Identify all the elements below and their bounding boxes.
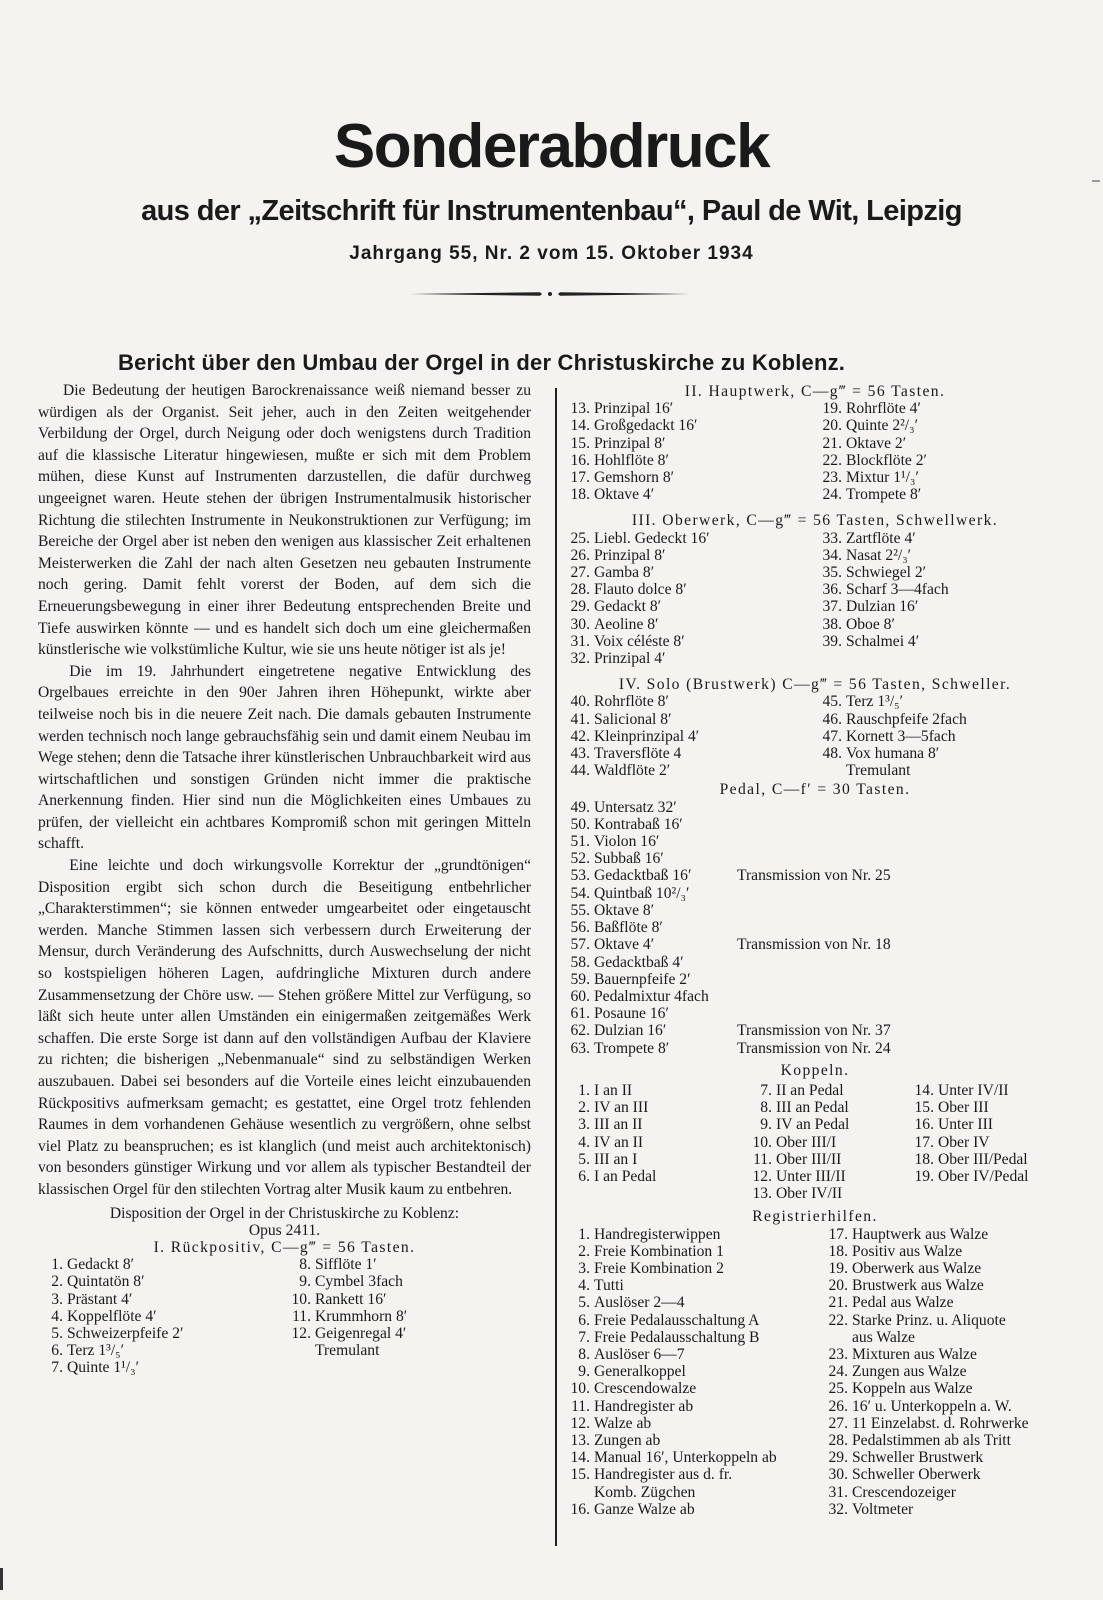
aid-item: 17.Hauptwerk aus Walze [823, 1226, 1073, 1243]
pedal-stop: 50.Kontrabaß 16′ [565, 816, 1065, 833]
stop-column-left: 40.Rohrflöte 8′ 41.Salicional 8′ 42.Klei… [565, 693, 817, 779]
stop-item: 35.Schwiegel 2′ [817, 564, 1065, 581]
stop-item: 13.Prinzipal 16′ [565, 400, 817, 417]
aid-item: 22.Starke Prinz. u. Aliquote [823, 1312, 1073, 1329]
pedal-stop: 53.Gedacktbaß 16′Transmission von Nr. 25 [565, 867, 1065, 884]
koppeln-heading: Koppeln. [565, 1062, 1065, 1079]
stop-item: 12.Geigenregal 4′ [286, 1325, 531, 1342]
pedal-stop: 59.Bauernpfeife 2′ [565, 971, 1065, 988]
pedal-stop: 57.Oktave 4′Transmission von Nr. 18 [565, 936, 1065, 953]
registrierhilfen-column-right: 17.Hauptwerk aus Walze 18.Positiv aus Wa… [823, 1226, 1073, 1518]
aid-item: 24.Zungen aus Walze [823, 1363, 1073, 1380]
stop-item: 1.Gedackt 8′ [38, 1256, 286, 1273]
scan-edge-mark [1092, 180, 1100, 182]
aid-item: 31.Crescendozeiger [823, 1484, 1073, 1501]
stop-column-right: 8.Sifflöte 1′ 9.Cymbel 3fach 10.Rankett … [286, 1256, 531, 1376]
koppel-item: 11.Ober III/II [747, 1151, 909, 1168]
stop-item: 10.Rankett 16′ [286, 1291, 531, 1308]
registrierhilfen-heading: Registrierhilfen. [565, 1208, 1065, 1225]
stop-item: 34.Nasat 2²/₃′ [817, 547, 1065, 564]
document-subtitle: aus der „Zeitschrift für Instrumentenbau… [0, 193, 1103, 229]
aid-item: 15.Handregister aus d. fr. [565, 1466, 823, 1483]
pedal-stop: 63.Trompete 8′Transmission von Nr. 24 [565, 1040, 1065, 1057]
stop-item: 25.Liebl. Gedeckt 16′ [565, 530, 817, 547]
pedal-stop: 52.Subbaß 16′ [565, 850, 1065, 867]
aid-item: Komb. Zügchen [565, 1484, 823, 1501]
stop-item: 38.Oboe 8′ [817, 616, 1065, 633]
koppel-item: 15.Ober III [909, 1099, 1069, 1116]
opus-number: Opus 2411. [38, 1222, 531, 1239]
stop-item: 39.Schalmei 4′ [817, 633, 1065, 650]
koppeln-column-3: 14.Unter IV/II 15.Ober III 16.Unter III … [909, 1082, 1069, 1202]
stop-item: 8.Sifflöte 1′ [286, 1256, 531, 1273]
issue-line: Jahrgang 55, Nr. 2 vom 15. Oktober 1934 [0, 242, 1103, 266]
pedal-stop: 61.Posaune 16′ [565, 1005, 1065, 1022]
manual-section-oberwerk: III. Oberwerk, C—g‴ = 56 Tasten, Schwell… [565, 512, 1065, 667]
koppel-item: 18.Ober III/Pedal [909, 1151, 1069, 1168]
manual-heading-oberwerk: III. Oberwerk, C—g‴ = 56 Tasten, Schwell… [565, 512, 1065, 529]
stop-item: 37.Dulzian 16′ [817, 598, 1065, 615]
aid-item: 18.Positiv aus Walze [823, 1243, 1073, 1260]
stop-column-left: 25.Liebl. Gedeckt 16′ 26.Prinzipal 8′ 27… [565, 530, 817, 668]
stop-item: 18.Oktave 4′ [565, 486, 817, 503]
stop-item: Tremulant [286, 1342, 531, 1359]
stop-item: 45.Terz 1³/₅′ [817, 693, 1065, 710]
stop-item: 19.Rohrflöte 4′ [817, 400, 1065, 417]
aid-item: 32.Voltmeter [823, 1501, 1073, 1518]
aid-item: 28.Pedalstimmen ab als Tritt [823, 1432, 1073, 1449]
registrierhilfen-section: Registrierhilfen. 1.Handregisterwippen 2… [565, 1208, 1065, 1518]
pedal-stop: 58.Gedacktbaß 4′ [565, 954, 1065, 971]
stop-item: 41.Salicional 8′ [565, 711, 817, 728]
koppel-item: 2.IV an III [565, 1099, 747, 1116]
article-body-left-column: Die Bedeutung der heutigen Barockrenaiss… [38, 380, 531, 1377]
stop-list-rueckpositiv: 1.Gedackt 8′ 2.Quintatön 8′ 3.Prästant 4… [38, 1256, 531, 1376]
stop-column-right: 45.Terz 1³/₅′ 46.Rauschpfeife 2fach 47.K… [817, 693, 1065, 779]
stop-item: 32.Prinzipal 4′ [565, 650, 817, 667]
koppel-item: 1.I an II [565, 1082, 747, 1099]
disposition-section: Disposition der Orgel in der Christuskir… [38, 1205, 531, 1377]
aid-item: 12.Walze ab [565, 1415, 823, 1432]
koppel-item: 3.III an II [565, 1116, 747, 1133]
aid-item: 26.16′ u. Unterkoppeln a. W. [823, 1398, 1073, 1415]
stop-column-left: 1.Gedackt 8′ 2.Quintatön 8′ 3.Prästant 4… [38, 1256, 286, 1376]
aid-item: 19.Oberwerk aus Walze [823, 1260, 1073, 1277]
stop-list-hauptwerk: 13.Prinzipal 16′ 14.Großgedackt 16′ 15.P… [565, 400, 1065, 503]
koppel-item: 9.IV an Pedal [747, 1116, 909, 1133]
stop-column-right: 33.Zartflöte 4′ 34.Nasat 2²/₃′ 35.Schwie… [817, 530, 1065, 668]
stop-item: 30.Aeoline 8′ [565, 616, 817, 633]
aid-item: 5.Auslöser 2—4 [565, 1294, 823, 1311]
stop-list-solo: 40.Rohrflöte 8′ 41.Salicional 8′ 42.Klei… [565, 693, 1065, 779]
stop-item: 23.Mixtur 1¹/₃′ [817, 469, 1065, 486]
article-heading: Bericht über den Umbau der Orgel in der … [118, 350, 998, 376]
koppel-item: 5.III an I [565, 1151, 747, 1168]
column-divider [555, 388, 557, 1546]
stop-column-right: 19.Rohrflöte 4′ 20.Quinte 2²/₃′ 21.Oktav… [817, 400, 1065, 503]
stop-item: 36.Scharf 3—4fach [817, 581, 1065, 598]
pedal-stop: 51.Violon 16′ [565, 833, 1065, 850]
aid-item: 4.Tutti [565, 1277, 823, 1294]
aid-item: 2.Freie Kombination 1 [565, 1243, 823, 1260]
stop-item: 42.Kleinprinzipal 4′ [565, 728, 817, 745]
stop-item: 22.Blockflöte 2′ [817, 452, 1065, 469]
stop-item: 3.Prästant 4′ [38, 1291, 286, 1308]
koppel-item: 16.Unter III [909, 1116, 1069, 1133]
stop-list-oberwerk: 25.Liebl. Gedeckt 16′ 26.Prinzipal 8′ 27… [565, 530, 1065, 668]
koppel-item: 13.Ober IV/II [747, 1185, 909, 1202]
aid-item: 6.Freie Pedalausschaltung A [565, 1312, 823, 1329]
manual-heading-hauptwerk: II. Hauptwerk, C—g‴ = 56 Tasten. [565, 383, 1065, 400]
stop-item: 28.Flauto dolce 8′ [565, 581, 817, 598]
article-paragraph: Eine leichte und doch wirkungsvolle Korr… [38, 855, 531, 1201]
stop-item: 43.Traversflöte 4 [565, 745, 817, 762]
aid-item: 27.11 Einzelabst. d. Rohrwerke [823, 1415, 1073, 1432]
koppeln-list: 1.I an II 2.IV an III 3.III an II 4.IV a… [565, 1082, 1065, 1202]
stop-item: 6.Terz 1³/₅′ [38, 1342, 286, 1359]
koppeln-section: Koppeln. 1.I an II 2.IV an III 3.III an … [565, 1062, 1065, 1203]
koppeln-column-1: 1.I an II 2.IV an III 3.III an II 4.IV a… [565, 1082, 747, 1202]
manual-heading-rueckpositiv: I. Rückpositiv, C—g‴ = 56 Tasten. [38, 1239, 531, 1256]
aid-item: 23.Mixturen aus Walze [823, 1346, 1073, 1363]
koppel-item: 14.Unter IV/II [909, 1082, 1069, 1099]
aid-item: 13.Zungen ab [565, 1432, 823, 1449]
aid-item: 1.Handregisterwippen [565, 1226, 823, 1243]
stop-item: 46.Rauschpfeife 2fach [817, 711, 1065, 728]
disposition-right-column: II. Hauptwerk, C—g‴ = 56 Tasten. 13.Prin… [565, 383, 1065, 1518]
aid-item: aus Walze [823, 1329, 1073, 1346]
koppel-item: 6.I an Pedal [565, 1168, 747, 1185]
stop-item: 2.Quintatön 8′ [38, 1273, 286, 1290]
manual-section-solo: IV. Solo (Brustwerk) C—g‴ = 56 Tasten, S… [565, 676, 1065, 779]
stop-item: 40.Rohrflöte 8′ [565, 693, 817, 710]
pedal-stop: 62.Dulzian 16′Transmission von Nr. 37 [565, 1022, 1065, 1039]
registrierhilfen-list: 1.Handregisterwippen 2.Freie Kombination… [565, 1226, 1065, 1518]
stop-item: 21.Oktave 2′ [817, 435, 1065, 452]
aid-item: 9.Generalkoppel [565, 1363, 823, 1380]
disposition-title: Disposition der Orgel in der Christuskir… [38, 1205, 531, 1222]
aid-item: 14.Manual 16′, Unterkoppeln ab [565, 1449, 823, 1466]
koppel-item: 19.Ober IV/Pedal [909, 1168, 1069, 1185]
stop-item: 33.Zartflöte 4′ [817, 530, 1065, 547]
article-paragraph: Die im 19. Jahrhundert eingetretene nega… [38, 661, 531, 855]
pedal-stop: 60.Pedalmixtur 4fach [565, 988, 1065, 1005]
scan-edge-mark [0, 1568, 3, 1590]
stop-item: 11.Krummhorn 8′ [286, 1308, 531, 1325]
aid-item: 29.Schweller Brustwerk [823, 1449, 1073, 1466]
manual-heading-solo: IV. Solo (Brustwerk) C—g‴ = 56 Tasten, S… [565, 676, 1065, 693]
koppel-item: 4.IV an II [565, 1134, 747, 1151]
aid-item: 16.Ganze Walze ab [565, 1501, 823, 1518]
stop-column-left: 13.Prinzipal 16′ 14.Großgedackt 16′ 15.P… [565, 400, 817, 503]
registrierhilfen-column-left: 1.Handregisterwippen 2.Freie Kombination… [565, 1226, 823, 1518]
aid-item: 20.Brustwerk aus Walze [823, 1277, 1073, 1294]
aid-item: 11.Handregister ab [565, 1398, 823, 1415]
stop-item: 5.Schweizerpfeife 2′ [38, 1325, 286, 1342]
koppel-item: 8.III an Pedal [747, 1099, 909, 1116]
stop-item: 31.Voix céléste 8′ [565, 633, 817, 650]
pedal-section: Pedal, C—f′ = 30 Tasten. 49.Untersatz 32… [565, 781, 1065, 1056]
aid-item: 30.Schweller Oberwerk [823, 1466, 1073, 1483]
stop-item: 15.Prinzipal 8′ [565, 435, 817, 452]
stop-item: 29.Gedackt 8′ [565, 598, 817, 615]
stop-item: 44.Waldflöte 2′ [565, 762, 817, 779]
aid-item: 10.Crescendowalze [565, 1380, 823, 1397]
pedal-stop: 56.Baßflöte 8′ [565, 919, 1065, 936]
stop-item: 24.Trompete 8′ [817, 486, 1065, 503]
pedal-heading: Pedal, C—f′ = 30 Tasten. [565, 781, 1065, 798]
pedal-stop: 54.Quintbaß 10²/₃′ [565, 885, 1065, 902]
koppel-item: 10.Ober III/I [747, 1134, 909, 1151]
stop-item: 47.Kornett 3—5fach [817, 728, 1065, 745]
stop-item: 17.Gemshorn 8′ [565, 469, 817, 486]
aid-item: 21.Pedal aus Walze [823, 1294, 1073, 1311]
pedal-stop: 55.Oktave 8′ [565, 902, 1065, 919]
manual-section-hauptwerk: II. Hauptwerk, C—g‴ = 56 Tasten. 13.Prin… [565, 383, 1065, 503]
document-title: Sonderabdruck [0, 112, 1103, 182]
pedal-stop: 49.Untersatz 32′ [565, 799, 1065, 816]
stop-item: 4.Koppelflöte 4′ [38, 1308, 286, 1325]
stop-item: Tremulant [817, 762, 1065, 779]
stop-item: 27.Gamba 8′ [565, 564, 817, 581]
stop-item: 26.Prinzipal 8′ [565, 547, 817, 564]
stop-item: 14.Großgedackt 16′ [565, 417, 817, 434]
stop-item: 16.Hohlflöte 8′ [565, 452, 817, 469]
aid-item: 8.Auslöser 6—7 [565, 1346, 823, 1363]
aid-item: 25.Koppeln aus Walze [823, 1380, 1073, 1397]
koppel-item: 17.Ober IV [909, 1134, 1069, 1151]
article-paragraph: Die Bedeutung der heutigen Barockrenaiss… [38, 380, 531, 661]
koppeln-column-2: 7.II an Pedal 8.III an Pedal 9.IV an Ped… [747, 1082, 909, 1202]
koppel-item: 12.Unter III/II [747, 1168, 909, 1185]
stop-item: 7.Quinte 1¹/₃′ [38, 1359, 286, 1376]
ornament-divider-icon [410, 290, 690, 298]
aid-item: 3.Freie Kombination 2 [565, 1260, 823, 1277]
koppel-item: 7.II an Pedal [747, 1082, 909, 1099]
stop-item: 9.Cymbel 3fach [286, 1273, 531, 1290]
stop-item: 48.Vox humana 8′ [817, 745, 1065, 762]
stop-item: 20.Quinte 2²/₃′ [817, 417, 1065, 434]
aid-item: 7.Freie Pedalausschaltung B [565, 1329, 823, 1346]
